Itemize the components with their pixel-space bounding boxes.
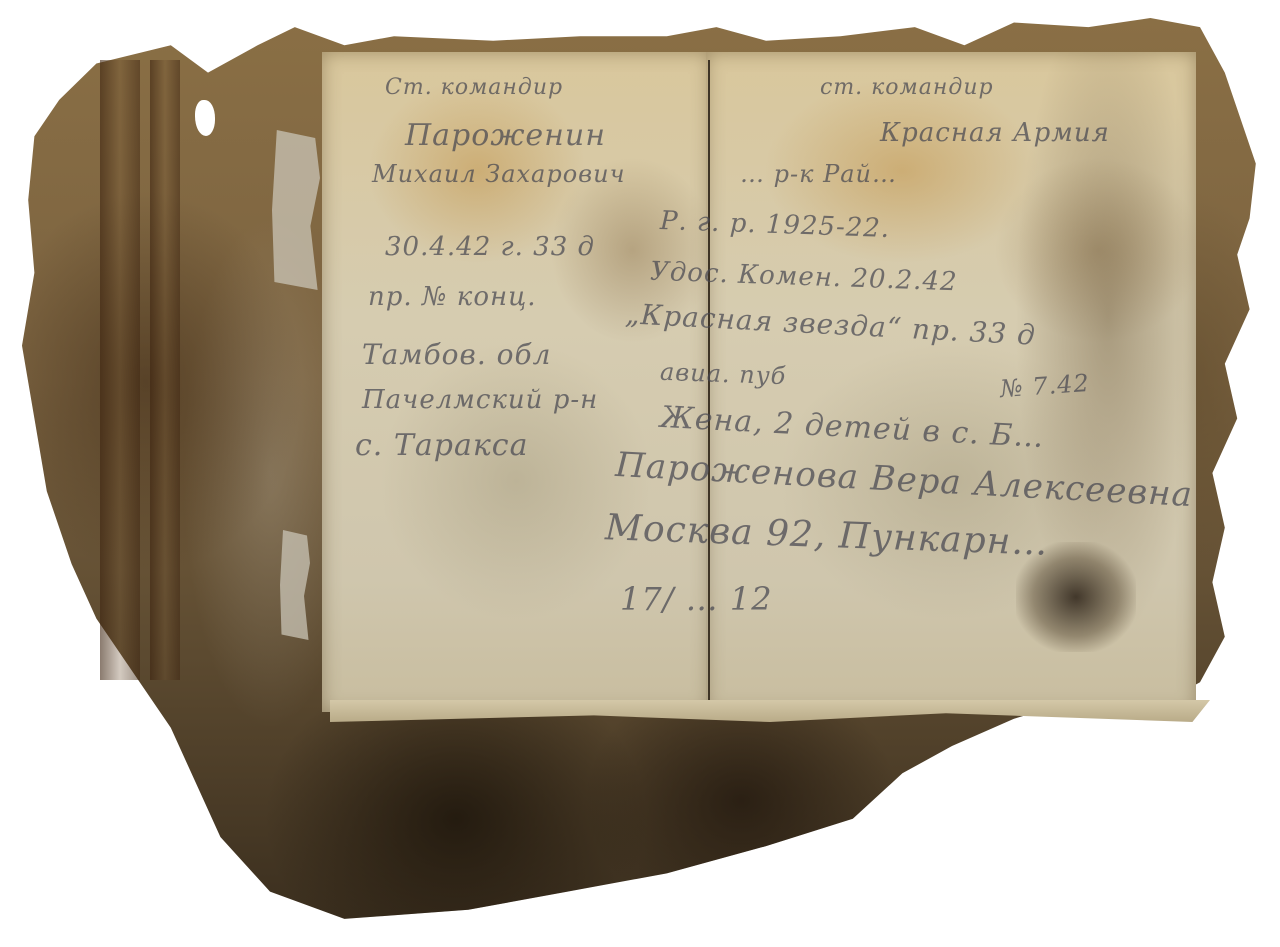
handwriting-line: Ст. командир [385,75,563,100]
rust-streak [150,60,180,680]
handwriting-line: авиа. пуб [660,358,787,390]
hole-in-cover [195,100,215,136]
handwriting-line: пр. № конц. [368,282,537,312]
handwriting-line: Тамбов. обл [362,338,551,371]
handwriting-line: Михаил Захарович [372,160,626,188]
peeling-paper [280,530,310,640]
handwriting-line: Красная Армия [880,118,1110,148]
handwriting-line: Пачелмский р-н [362,385,598,415]
handwriting-line: 17/ … 12 [620,580,773,618]
handwriting-line: с. Таракса [355,428,528,463]
handwriting-line: … р-к Рай… [740,160,897,188]
handwriting-line: ст. командир [820,75,994,100]
document-photo: Ст. командир Пароженин Михаил Захарович … [0,0,1280,947]
handwriting-line: 30.4.42 г. 33 д [385,232,595,262]
rust-streak [100,60,140,680]
peeling-paper [272,130,320,290]
handwriting-surname: Пароженин [405,118,606,153]
